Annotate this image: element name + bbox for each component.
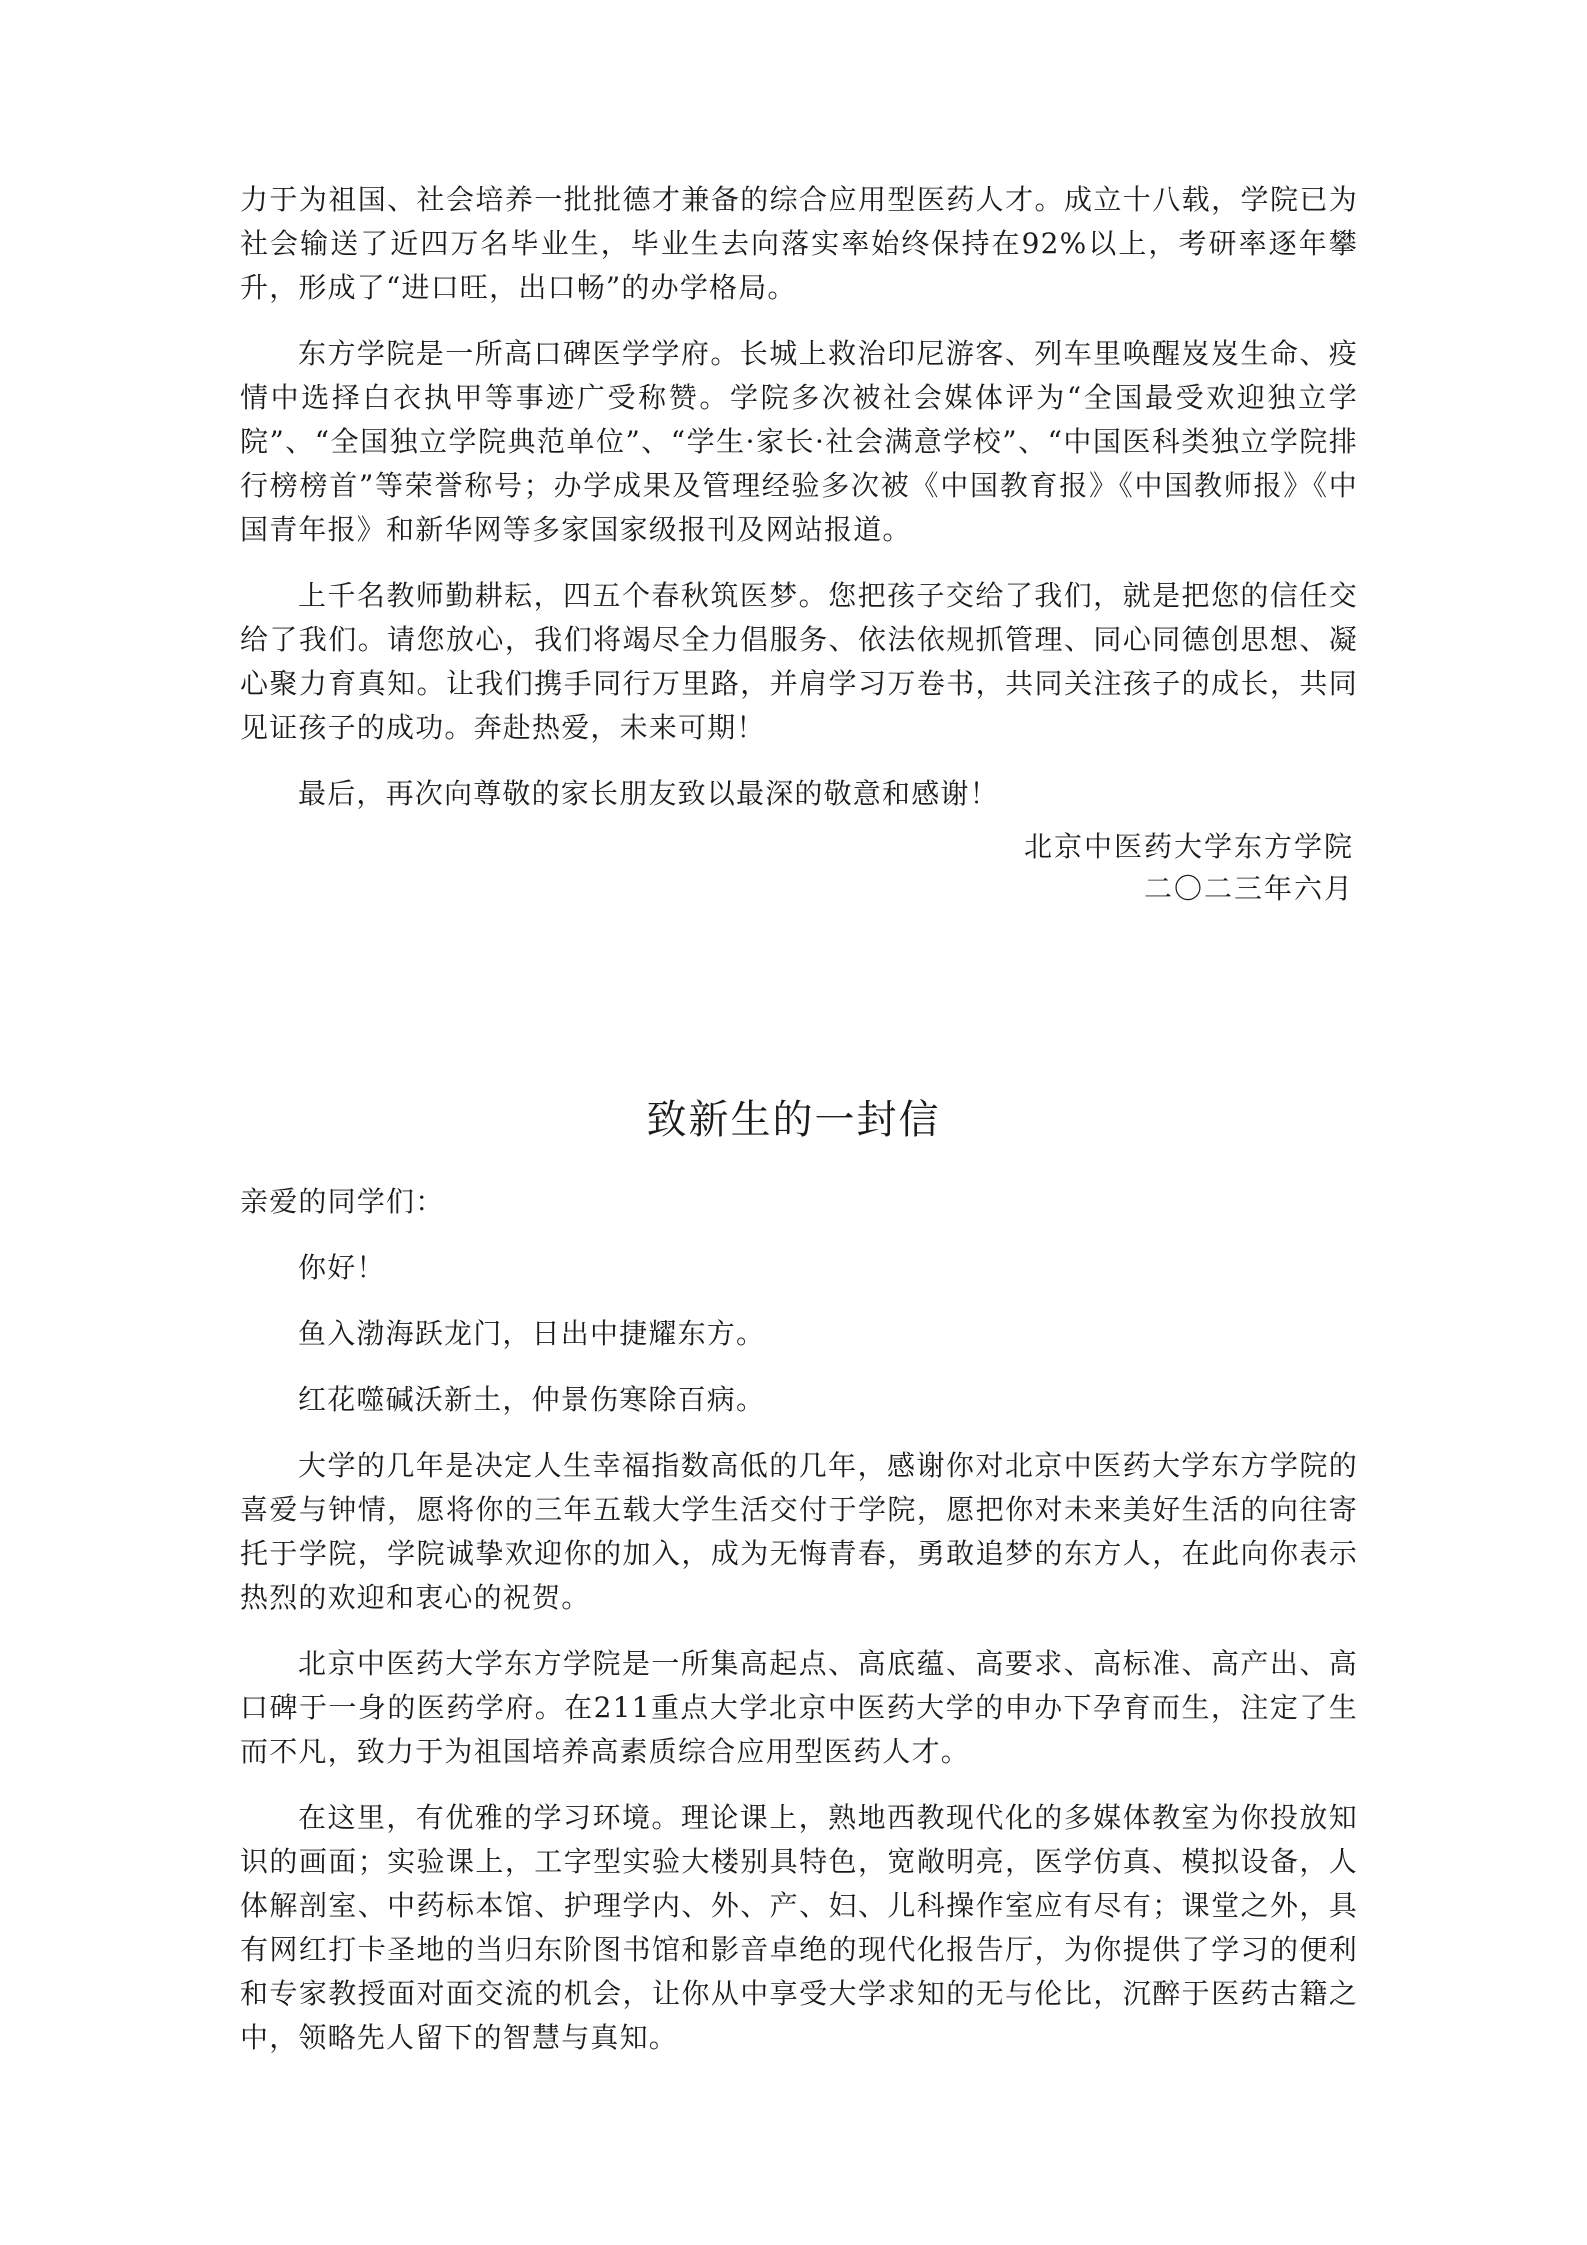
verse-line-2: 红花噬碱沃新土，仲景伤寒除百病。 <box>240 1378 1358 1422</box>
paragraph-reputation: 东方学院是一所高口碑医学学府。长城上救治印尼游客、列车里唤醒岌岌生命、疫情中选择… <box>240 332 1358 552</box>
document-page: 力于为祖国、社会培养一批批德才兼备的综合应用型医药人才。成立十八载，学院已为社会… <box>0 0 1587 2245</box>
greeting: 你好！ <box>240 1246 1358 1290</box>
signature-block: 北京中医药大学东方学院 二〇二三年六月 <box>1024 826 1354 910</box>
signature-date: 二〇二三年六月 <box>1024 868 1354 910</box>
paragraph-continuation: 力于为祖国、社会培养一批批德才兼备的综合应用型医药人才。成立十八载，学院已为社会… <box>240 178 1358 310</box>
verse-line-1: 鱼入渤海跃龙门，日出中捷耀东方。 <box>240 1312 1358 1356</box>
signature-org: 北京中医药大学东方学院 <box>1024 826 1354 868</box>
parents-letter-body: 力于为祖国、社会培养一批批德才兼备的综合应用型医药人才。成立十八载，学院已为社会… <box>240 178 1358 816</box>
paragraph-thanks: 最后，再次向尊敬的家长朋友致以最深的敬意和感谢！ <box>240 772 1358 816</box>
paragraph-promise: 上千名教师勤耕耘，四五个春秋筑医梦。您把孩子交给了我们，就是把您的信任交给了我们… <box>240 574 1358 750</box>
salutation: 亲爱的同学们： <box>240 1180 1358 1224</box>
students-letter-body: 亲爱的同学们： 你好！ 鱼入渤海跃龙门，日出中捷耀东方。 红花噬碱沃新土，仲景伤… <box>240 1180 1358 2060</box>
letter-title: 致新生的一封信 <box>0 1090 1587 1150</box>
paragraph-college-intro: 北京中医药大学东方学院是一所集高起点、高底蕴、高要求、高标准、高产出、高口碑于一… <box>240 1642 1358 1774</box>
paragraph-environment: 在这里，有优雅的学习环境。理论课上，熟地西教现代化的多媒体教室为你投放知识的画面… <box>240 1796 1358 2060</box>
paragraph-welcome: 大学的几年是决定人生幸福指数高低的几年，感谢你对北京中医药大学东方学院的喜爱与钟… <box>240 1444 1358 1620</box>
